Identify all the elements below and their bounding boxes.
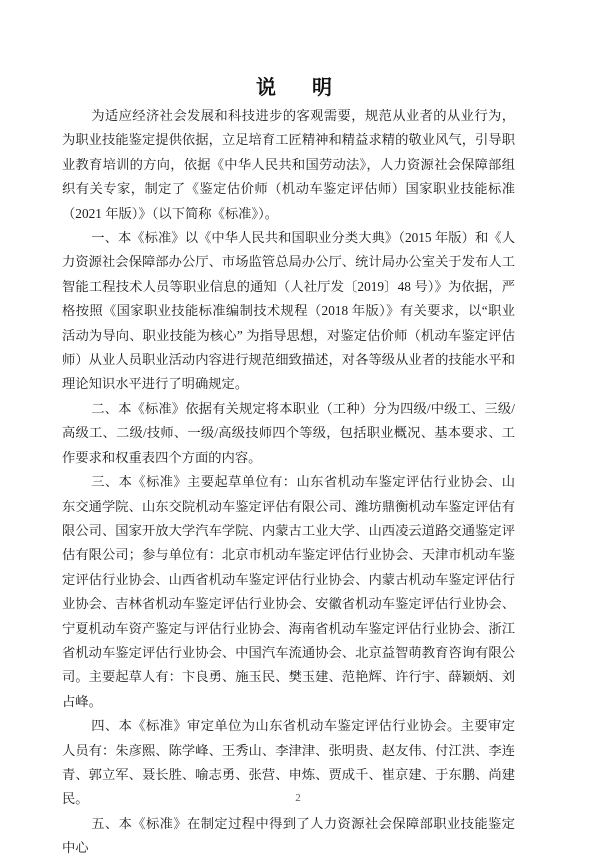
document-page: 说 明 为适应经济社会发展和科技进步的客观需要，规范从业者的从业行为，为职业技能… <box>0 0 596 863</box>
page-title: 说 明 <box>0 77 596 99</box>
paragraph-item-1: 一、本《标准》以《中华人民共和国职业分类大典》（2015 年版）和《人力资源社会… <box>62 226 515 397</box>
document-body: 为适应经济社会发展和科技进步的客观需要，规范从业者的从业行为，为职业技能鉴定提供… <box>62 104 515 861</box>
paragraph-item-5: 五、本《标准》在制定过程中得到了人力资源社会保障部职业技能鉴定中心 <box>62 812 515 861</box>
paragraph-item-2: 二、本《标准》依据有关规定将本职业（工种）分为四级/中级工、三级/高级工、二级/… <box>62 397 515 470</box>
page-footer: 2 <box>0 793 596 804</box>
page-number: 2 <box>295 792 301 804</box>
paragraph-item-3: 三、本《标准》主要起草单位有：山东省机动车鉴定评估行业协会、山东交通学院、山东交… <box>62 470 515 714</box>
paragraph-intro: 为适应经济社会发展和科技进步的客观需要，规范从业者的从业行为，为职业技能鉴定提供… <box>62 104 515 226</box>
